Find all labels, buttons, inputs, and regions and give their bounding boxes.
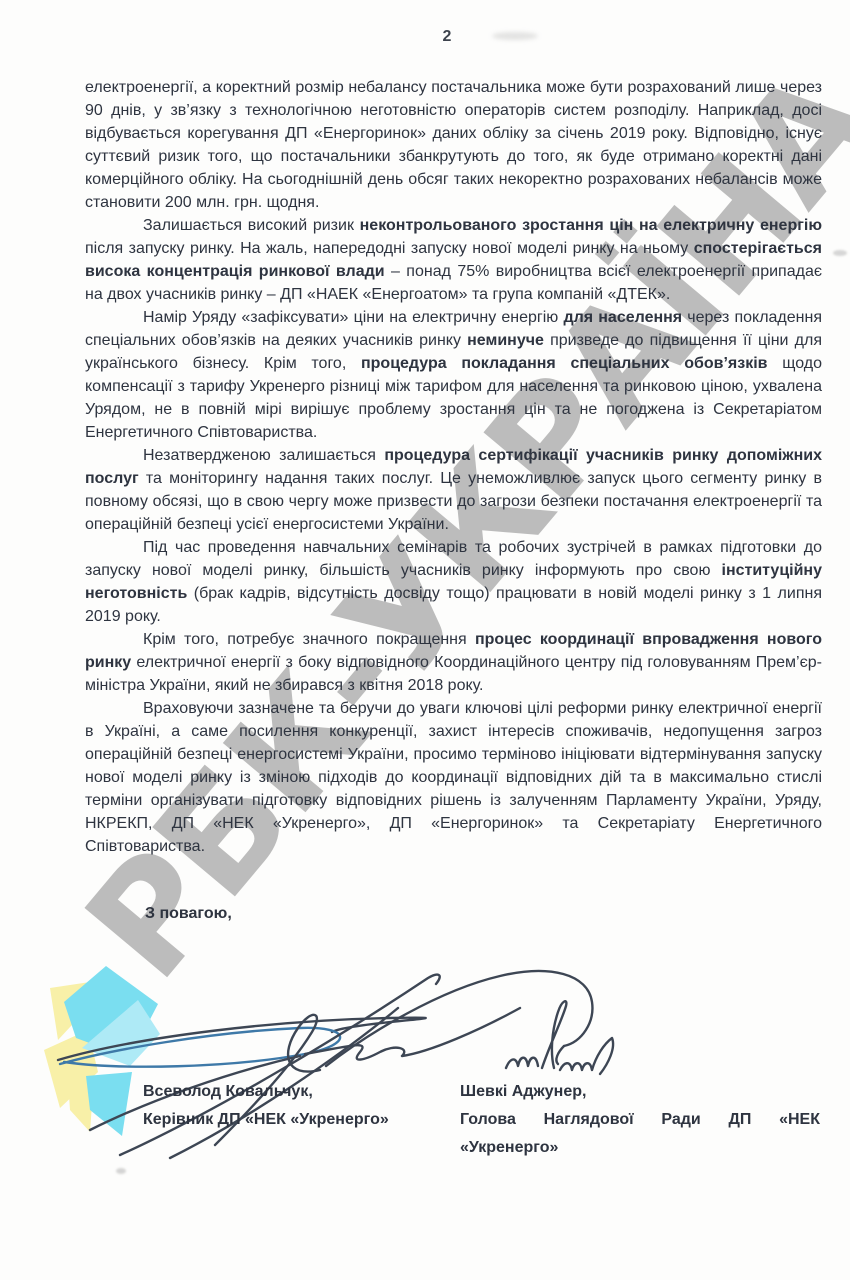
body-text: електричної енергії з боку відповідного … xyxy=(85,654,822,694)
page-number: 2 xyxy=(22,28,850,46)
body-text: Під час проведення навчальних семінарів … xyxy=(85,539,822,579)
signature-stroke xyxy=(542,1001,566,1068)
signer-left-block: Всеволод Ковальчук, Керівник ДП «НЕК «Ук… xyxy=(143,1078,389,1134)
body-text: Крім того, потребує значного покращення xyxy=(143,631,475,648)
emphasis-text: неконтрольованого зростання цін на елект… xyxy=(360,217,822,234)
signer-right-block: Шевкі Аджунер, Голова Наглядової Ради ДП… xyxy=(460,1078,820,1162)
document-body: електроенергії, а коректний розмір небал… xyxy=(85,76,822,858)
paragraph: Незатвердженою залишається процедура сер… xyxy=(85,444,822,536)
signature-right xyxy=(320,960,620,1090)
signature-stroke xyxy=(560,1038,613,1074)
paragraph: Враховуючи зазначене та беручи до уваги … xyxy=(85,697,822,858)
scan-smudge xyxy=(833,250,847,256)
signature-stroke xyxy=(556,1046,564,1064)
signer-right-title: Голова Наглядової Ради ДП «НЕК «Укренерг… xyxy=(460,1106,820,1162)
paragraph: Намір Уряду «зафіксувати» ціни на електр… xyxy=(85,306,822,444)
scan-smudge xyxy=(116,1168,126,1174)
document-page: РБК-УКРАЇНА 2 електроенергії, а коректни… xyxy=(0,0,850,1280)
paragraph: Під час проведення навчальних семінарів … xyxy=(85,536,822,628)
signature-stroke xyxy=(506,1058,538,1068)
closing-salutation: З повагою, xyxy=(145,905,232,923)
body-text: Намір Уряду «зафіксувати» ціни на електр… xyxy=(143,309,563,326)
paragraph: Крім того, потребує значного покращення … xyxy=(85,628,822,697)
body-text: Залишається високий ризик xyxy=(143,217,360,234)
body-text: (брак кадрів, відсутність досвіду тощо) … xyxy=(85,585,822,625)
emphasis-text: процедура покладання спеціальних обов’яз… xyxy=(361,355,768,372)
emphasis-text: для населення xyxy=(563,309,682,326)
paragraph: Залишається високий ризик неконтрольован… xyxy=(85,214,822,306)
body-text: Незатвердженою залишається xyxy=(143,447,384,464)
body-text: та моніторингу надання таких послуг. Це … xyxy=(85,470,822,533)
signer-right-name: Шевкі Аджунер, xyxy=(460,1078,820,1106)
emphasis-text: неминуче xyxy=(467,332,544,349)
signer-left-name: Всеволод Ковальчук, xyxy=(143,1078,389,1106)
body-text: електроенергії, а коректний розмір небал… xyxy=(85,79,822,211)
signer-left-title: Керівник ДП «НЕК «Укренерго» xyxy=(143,1106,389,1134)
body-text: після запуску ринку. На жаль, напередодн… xyxy=(85,240,694,257)
paragraph: електроенергії, а коректний розмір небал… xyxy=(85,76,822,214)
body-text: Враховуючи зазначене та беручи до уваги … xyxy=(85,700,822,855)
